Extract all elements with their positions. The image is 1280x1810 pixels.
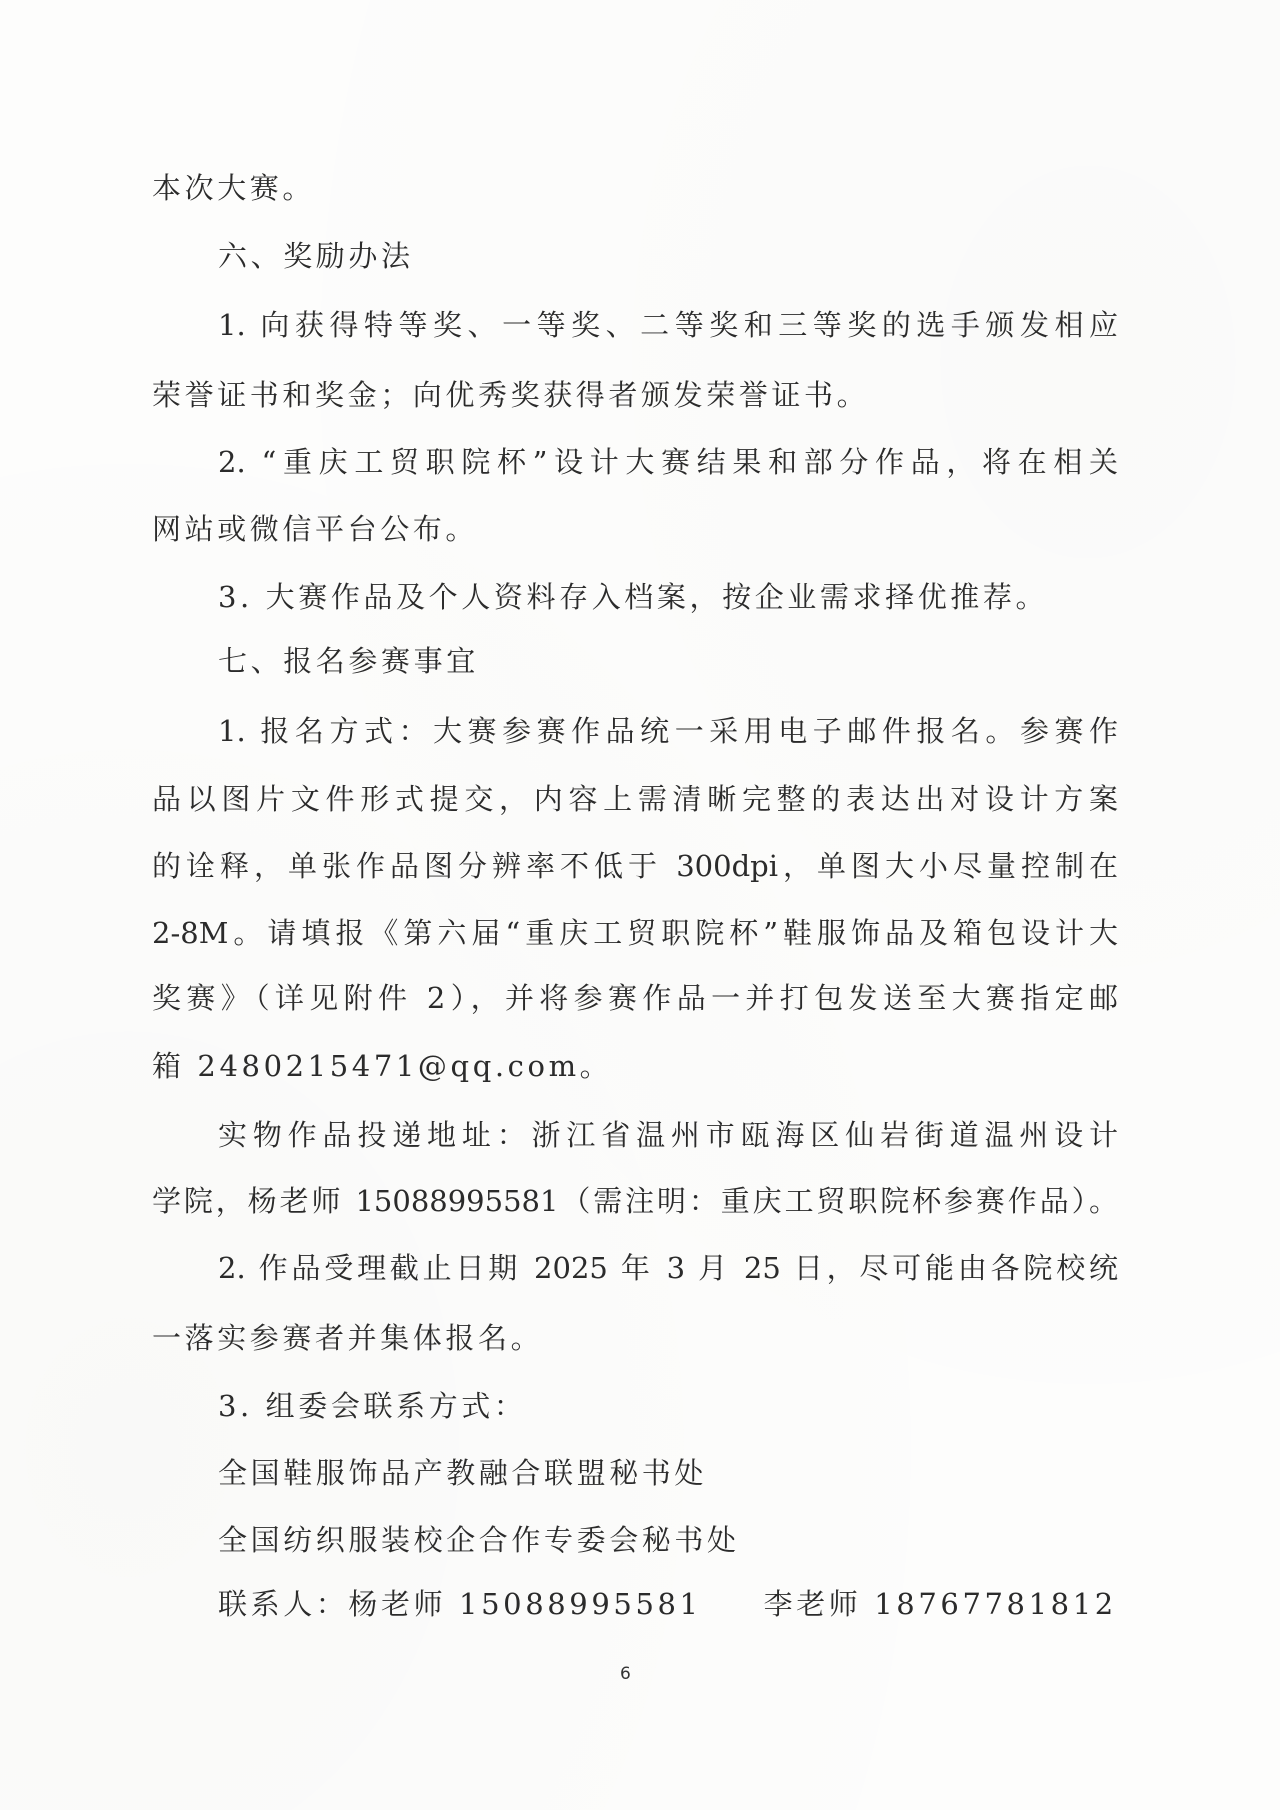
contact-label: 联系人： xyxy=(218,1587,348,1621)
reward-item-2-line-1: 2. “重庆工贸职院杯”设计大赛结果和部分作品，将在相关 xyxy=(218,444,1118,480)
contact-name-2: 李老师 xyxy=(764,1587,862,1621)
reward-item-3: 3. 大赛作品及个人资料存入档案，按企业需求择优推荐。 xyxy=(218,579,1048,615)
section-heading-registration: 七、报名参赛事宜 xyxy=(218,643,479,679)
reward-item-1-line-1: 1. 向获得特等奖、一等奖、二等奖和三等奖的选手颁发相应 xyxy=(218,307,1118,343)
paragraph-line-continuation: 本次大赛。 xyxy=(152,170,315,206)
reward-item-1-line-2: 荣誉证书和奖金；向优秀奖获得者颁发荣誉证书。 xyxy=(152,377,869,413)
contact-line: 联系人：杨老师 15088995581李老师 18767781812 xyxy=(218,1586,1117,1622)
mailing-address-line-2: 学院，杨老师 15088995581（需注明：重庆工贸职院杯参赛作品）。 xyxy=(152,1183,1118,1219)
organizer-secretariat-2: 全国纺织服装校企合作专委会秘书处 xyxy=(218,1522,740,1558)
organizer-secretariat-1: 全国鞋服饰品产教融合联盟秘书处 xyxy=(218,1455,707,1491)
registration-item-3: 3. 组委会联系方式： xyxy=(218,1388,527,1424)
contact-phone-1: 15088995581 xyxy=(459,1587,702,1621)
registration-item-1-line-1: 1. 报名方式：大赛参赛作品统一采用电子邮件报名。参赛作 xyxy=(218,713,1118,749)
registration-item-1-line-4: 2-8M。请填报《第六届“重庆工贸职院杯”鞋服饰品及箱包设计大 xyxy=(152,915,1118,951)
registration-item-1-line-2: 品以图片文件形式提交，内容上需清晰完整的表达出对设计方案 xyxy=(152,781,1118,817)
registration-item-2-line-1: 2. 作品受理截止日期 2025 年 3 月 25 日，尽可能由各院校统 xyxy=(218,1250,1118,1286)
reward-item-2-line-2: 网站或微信平台公布。 xyxy=(152,511,478,547)
registration-item-1-line-3: 的诠释，单张作品图分辨率不低于 300dpi，单图大小尽量控制在 xyxy=(152,848,1118,884)
mailing-address-line-1: 实物作品投递地址：浙江省温州市瓯海区仙岩街道温州设计 xyxy=(218,1117,1118,1153)
contact-phone-2: 18767781812 xyxy=(874,1587,1117,1621)
document-page: 本次大赛。 六、奖励办法 1. 向获得特等奖、一等奖、二等奖和三等奖的选手颁发相… xyxy=(0,0,1280,1810)
contact-name-1: 杨老师 xyxy=(348,1587,446,1621)
page-number: 6 xyxy=(620,1664,631,1684)
section-heading-rewards: 六、奖励办法 xyxy=(218,238,414,274)
registration-email-line: 箱 2480215471@qq.com。 xyxy=(152,1048,612,1084)
registration-item-1-line-5: 奖赛》（详见附件 2），并将参赛作品一并打包发送至大赛指定邮 xyxy=(152,980,1118,1016)
registration-item-2-line-2: 一落实参赛者并集体报名。 xyxy=(152,1320,543,1356)
